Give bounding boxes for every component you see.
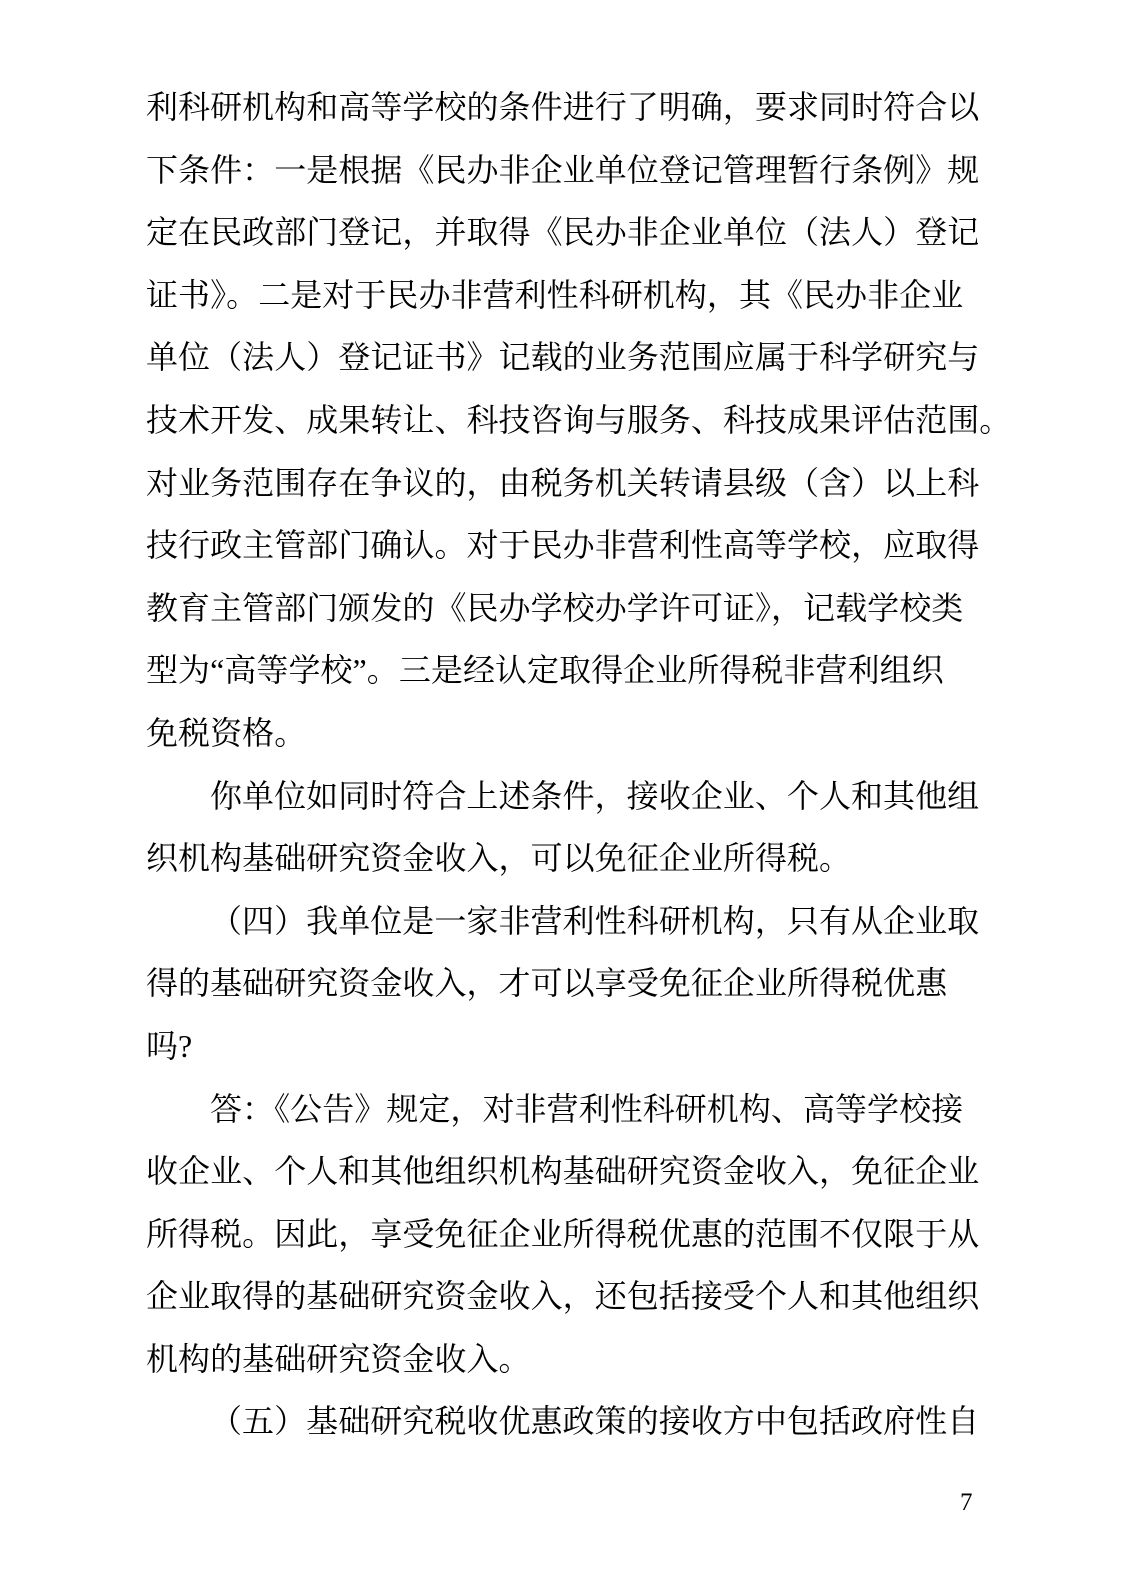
text-line: 教育主管部门颁发的《民办学校办学许可证》，记载学校类 <box>146 577 980 640</box>
document-page: 利科研机构和高等学校的条件进行了明确，要求同时符合以下条件：一是根据《民办非企业… <box>0 0 1132 1594</box>
text-line: 答：《公告》规定，对非营利性科研机构、高等学校接 <box>146 1078 980 1141</box>
text-line: 企业取得的基础研究资金收入，还包括接受个人和其他组织 <box>146 1265 980 1328</box>
text-line: 你单位如同时符合上述条件，接收企业、个人和其他组 <box>146 765 980 828</box>
text-line: 技行政主管部门确认。对于民办非营利性高等学校，应取得 <box>146 514 980 577</box>
text-line: 免税资格。 <box>146 702 980 765</box>
text-line: （四）我单位是一家非营利性科研机构，只有从企业取 <box>146 890 980 953</box>
text-line: 收企业、个人和其他组织机构基础研究资金收入，免征企业 <box>146 1140 980 1203</box>
text-line: 单位（法人）登记证书》记载的业务范围应属于科学研究与 <box>146 326 980 389</box>
text-line: 机构的基础研究资金收入。 <box>146 1328 980 1391</box>
text-line: 技术开发、成果转让、科技咨询与服务、科技成果评估范围。 <box>146 389 980 452</box>
document-body: 利科研机构和高等学校的条件进行了明确，要求同时符合以下条件：一是根据《民办非企业… <box>146 76 980 1453</box>
text-line: 所得税。因此，享受免征企业所得税优惠的范围不仅限于从 <box>146 1203 980 1266</box>
text-line: （五）基础研究税收优惠政策的接收方中包括政府性自 <box>146 1390 980 1453</box>
text-line: 型为“高等学校”。三是经认定取得企业所得税非营利组织 <box>146 639 980 702</box>
text-line: 证书》。二是对于民办非营利性科研机构，其《民办非企业 <box>146 264 980 327</box>
page-number: 7 <box>960 1488 1000 1518</box>
text-line: 吗? <box>146 1015 980 1078</box>
text-line: 对业务范围存在争议的，由税务机关转请县级（含）以上科 <box>146 452 980 515</box>
text-line: 织机构基础研究资金收入，可以免征企业所得税。 <box>146 827 980 890</box>
text-line: 利科研机构和高等学校的条件进行了明确，要求同时符合以 <box>146 76 980 139</box>
text-line: 定在民政部门登记，并取得《民办非企业单位（法人）登记 <box>146 201 980 264</box>
text-line: 下条件：一是根据《民办非企业单位登记管理暂行条例》规 <box>146 139 980 202</box>
text-line: 得的基础研究资金收入，才可以享受免征企业所得税优惠 <box>146 952 980 1015</box>
